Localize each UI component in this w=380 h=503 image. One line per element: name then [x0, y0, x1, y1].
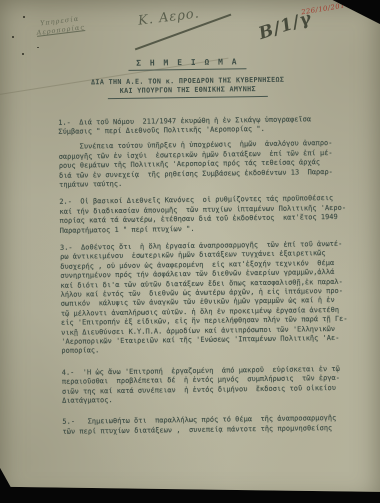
- paragraph: Συνέπεια τούτου ὑπῆρξεν ἡ ὑποχρέωσις ἡμῶ…: [58, 139, 343, 190]
- scanned-document-page: Υπηρεσία Αεροπορίας Κ. Αερο. 226/10/201 …: [0, 0, 380, 503]
- document-header: Σ Η Μ Ε Ι Ω Μ Α ΔΙΑ ΤΗΝ Α.Ε. ΤΟΝ κ. ΠΡΟΕ…: [0, 47, 378, 100]
- paragraph: 5.- Σημειωθήτω ὅτι παραλλήλως πρός τό θέ…: [62, 414, 346, 437]
- paper-sheet: Υπηρεσία Αεροπορίας Κ. Αερο. 226/10/201 …: [0, 0, 380, 503]
- typed-content: Σ Η Μ Ε Ι Ω Μ Α ΔΙΑ ΤΗΝ Α.Ε. ΤΟΝ κ. ΠΡΟΕ…: [0, 0, 380, 446]
- paragraph: 3.- Δοθέντος ὅτι ἡ ὅλη ἐργασία ἀναπροσαρ…: [60, 240, 346, 357]
- paragraph: 2.- Οἱ βασικοί Διεθνεῖς Κανόνες οἱ ρυθμί…: [59, 194, 343, 236]
- paragraph: 4.- 'Η ὡς ἄνω 'Επιτροπή ἐργαζομένη ἀπό μ…: [62, 365, 346, 407]
- document-body: 1.- Διά τοῦ Νόμου 211/1947 ἐκυρώθη ἡ ἐν …: [58, 114, 346, 437]
- addressee-line2: ΚΑΙ ΥΠΟΥΡΓΟΝ ΤΗΣ ΕΘΝΙΚΗΣ ΑΜΥΝΗΣ: [108, 85, 268, 99]
- document-title: Σ Η Μ Ε Ι Ω Μ Α: [128, 57, 246, 71]
- paragraph: 1.- Διά τοῦ Νόμου 211/1947 ἐκυρώθη ἡ ἐν …: [58, 114, 342, 137]
